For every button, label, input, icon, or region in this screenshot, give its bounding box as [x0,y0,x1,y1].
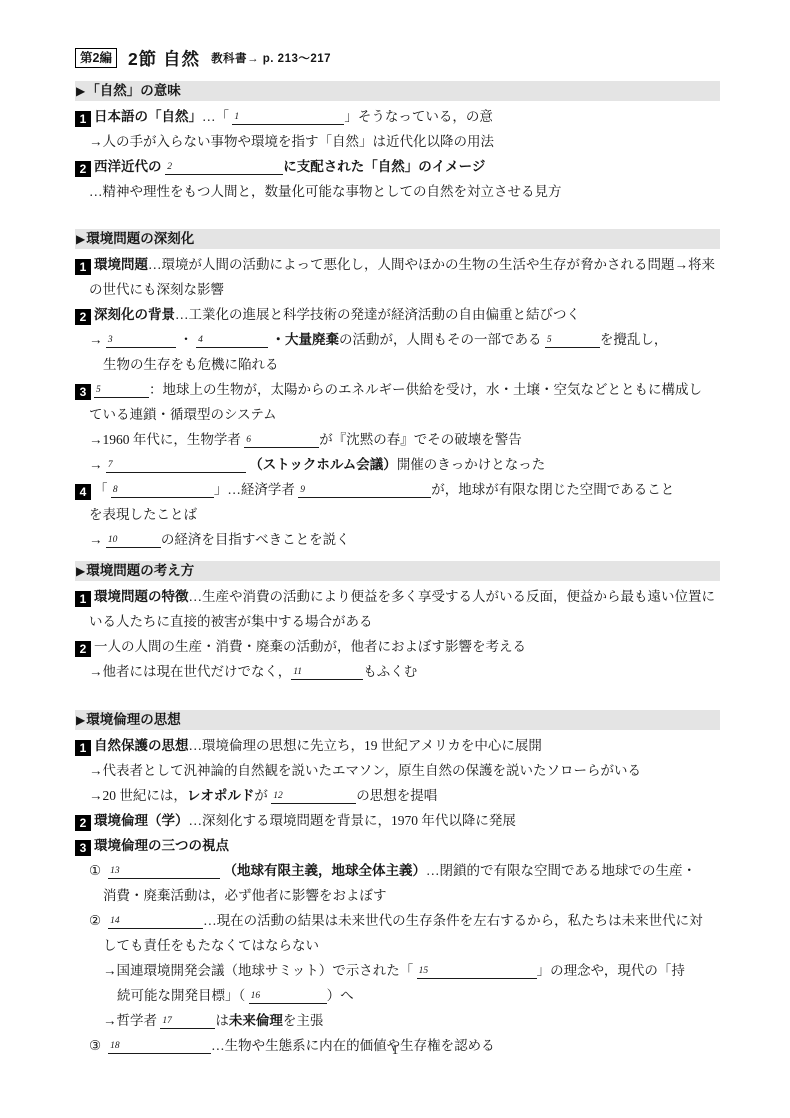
worksheet-line: 1日本語の「自然」…「 1」そうなっている，の意 [75,104,720,129]
blank-field: 12 [271,787,356,804]
worksheet-line: 35：地球上の生物が，太陽からのエネルギー供給を受け，水・土壌・空気などとともに… [75,377,720,402]
page-number: 1 [0,1042,790,1058]
blank-field: 9 [298,481,431,498]
page-title: 2節 自然 [128,46,200,71]
text-run: 環境倫理の三つの視点 [94,838,229,853]
text-run: を攪乱し， [600,332,668,347]
text-run: を主張 [283,1013,324,1028]
text-run: →1960 年代に，生物学者 [89,432,244,447]
text-run: もふくむ [363,664,417,679]
textbook-reference: 教科書→ p. 213～217 [211,50,331,66]
text-run: 日本語の「自然」 [94,109,202,124]
item-number-badge: 2 [75,309,91,325]
blank-number: 6 [246,435,251,445]
text-run: 消費・廃棄活動は，必ず他者に影響をおよぼす [103,888,387,903]
text-run: …環境が人間の活動によって悪化し，人間やほかの生物の生活や生存が脅かされる問題→… [148,257,715,272]
item-number-badge: 2 [75,815,91,831]
text-run: 環境問題 [94,257,148,272]
worksheet-line: 1環境問題…環境が人間の活動によって悪化し，人間やほかの生物の生活や生存が脅かさ… [75,252,720,277]
text-run: の活動が，人間もその一部である [339,332,545,347]
blank-field: 11 [291,663,363,680]
text-run: 開催のきっかけとなった [397,457,546,472]
blank-field: 1 [232,108,344,125]
blank-number: 4 [198,335,203,345]
worksheet-line: …精神や理性をもつ人間と，数量化可能な事物としての自然を対立させる見方 [75,179,720,204]
text-run: に支配された「自然」のイメージ [283,159,485,174]
blank-field: 6 [244,431,319,448]
text-run: が [254,788,271,803]
circled-number: ① [89,863,101,878]
edition-box: 第2編 [75,48,117,68]
worksheet-line: を表現したことば [75,502,720,527]
blank-field: 17 [160,1012,215,1029]
text-run: 続可能な開発目標」（ [117,988,249,1003]
item-number-badge: 4 [75,484,91,500]
blank-number: 5 [96,385,101,395]
item-number-badge: 2 [75,641,91,657]
section-heading-label: 環境問題の深刻化 [86,231,194,246]
blank-field: 2 [165,158,283,175]
worksheet-line: → 3 ・ 4 ・大量廃棄の活動が，人間もその一部である 5を攪乱し， [75,327,720,352]
text-run: …環境倫理の思想に先立ち，19 世紀アメリカを中心に展開 [189,738,542,753]
text-run: は [215,1013,229,1028]
text-run: を表現したことば [89,507,197,522]
section-heading-label: 環境問題の考え方 [86,563,194,578]
text-run: …「 [202,109,232,124]
text-run: 生物の生存をも危機に陥れる [103,357,279,372]
section: ▶環境倫理の思想1自然保護の思想…環境倫理の思想に先立ち，19 世紀アメリカを中… [75,710,720,1058]
blank-field: 13 [108,862,220,879]
blank-number: 12 [273,791,283,801]
text-run: 」の理念や，現代の「持 [537,963,685,978]
worksheet-line: 2深刻化の背景…工業化の進展と科学技術の発達が経済活動の自由偏重と結びつく [75,302,720,327]
text-run: →20 世紀には， [89,788,187,803]
text-run: →哲学者 [103,1013,160,1028]
blank-number: 11 [293,667,302,677]
text-run: 環境問題の特徴 [94,589,189,604]
section-heading: ▶「自然」の意味 [75,81,720,101]
item-number-badge: 3 [75,384,91,400]
worksheet-line: 1環境問題の特徴…生産や消費の活動により便益を多く享受する人がいる反面，便益から… [75,584,720,609]
text-run: 」…経済学者 [214,482,298,497]
section-heading: ▶環境問題の考え方 [75,561,720,581]
text-run: …深刻化する環境問題を背景に，1970 年代以降に発展 [189,813,516,828]
text-run: →国連環境開発会議（地球サミット）で示された「 [103,963,417,978]
blank-number: 14 [110,916,120,926]
text-run: → [89,332,106,347]
text-run: →人の手が入らない事物や環境を指す「自然」は近代化以降の用法 [89,134,494,149]
worksheet-line: 2環境倫理（学）…深刻化する環境問題を背景に，1970 年代以降に発展 [75,808,720,833]
text-run: ）へ [327,988,354,1003]
text-run: 西洋近代の [94,159,165,174]
blank-field: 10 [106,531,161,548]
text-run: →他者には現在世代だけでなく， [89,664,291,679]
text-run: …精神や理性をもつ人間と，数量化可能な事物としての自然を対立させる見方 [89,184,562,199]
section-heading: ▶環境問題の深刻化 [75,229,720,249]
text-run: →代表者として汎神論的自然観を説いたエマソン，原生自然の保護を説いたソローらがい… [89,763,641,778]
worksheet-line: 3環境倫理の三つの視点 [75,833,720,858]
text-run: いる人たちに直接的被害が集中する場合がある [89,614,373,629]
section: ▶「自然」の意味1日本語の「自然」…「 1」そうなっている，の意→人の手が入らな… [75,81,720,204]
blank-field: 15 [417,962,537,979]
worksheet-line: ②14…現在の活動の結果は未来世代の生存条件を左右するから，私たちは未来世代に対 [75,908,720,933]
blank-number: 2 [167,162,172,172]
worksheet-line: →哲学者 17は未来倫理を主張 [75,1008,720,1033]
worksheet-line: →20 世紀には，レオポルドが 12の思想を提唱 [75,783,720,808]
worksheet-line: 生物の生存をも危機に陥れる [75,352,720,377]
worksheet-line: →人の手が入らない事物や環境を指す「自然」は近代化以降の用法 [75,129,720,154]
text-run: レオポルド [187,788,255,803]
text-run: 自然保護の思想 [94,738,189,753]
text-run: の思想を提唱 [356,788,437,803]
worksheet-line: しても責任をもたなくてはならない [75,933,720,958]
worksheet-line: ①13 （地球有限主義，地球全体主義）…閉鎖的で有限な空間である地球での生産・ [75,858,720,883]
text-run: ・ [176,332,196,347]
blank-number: 9 [300,485,305,495]
item-number-badge: 1 [75,591,91,607]
section-marker-icon: ▶ [76,564,85,578]
blank-number: 15 [419,966,429,976]
text-run: …閉鎖的で有限な空間である地球での生産・ [426,863,696,878]
worksheet-line: →国連環境開発会議（地球サミット）で示された「 15」の理念や，現代の「持 [75,958,720,983]
text-run: が『沈黙の春』でその破壊を警告 [319,432,522,447]
item-number-badge: 1 [75,111,91,127]
text-run: が，地球が有限な閉じた空間であること [431,482,674,497]
blank-field: 7 [106,456,246,473]
blank-number: 16 [251,991,261,1001]
blank-field: 5 [545,331,600,348]
blank-field: 5 [94,381,149,398]
section-marker-icon: ▶ [76,713,85,727]
text-run: …生産や消費の活動により便益を多く享受する人がいる反面，便益から最も遠い位置に [189,589,716,604]
item-number-badge: 2 [75,161,91,177]
blank-number: 7 [108,460,113,470]
text-run: の世代にも深刻な影響 [89,282,224,297]
circled-number: ② [89,913,101,928]
worksheet-line: 1自然保護の思想…環境倫理の思想に先立ち，19 世紀アメリカを中心に展開 [75,733,720,758]
text-run: …工業化の進展と科学技術の発達が経済活動の自由偏重と結びつく [175,307,580,322]
blank-field: 14 [108,912,203,929]
blank-number: 10 [108,535,118,545]
worksheet-line: → 7 （ストックホルム会議）開催のきっかけとなった [75,452,720,477]
worksheet-line: 消費・廃棄活動は，必ず他者に影響をおよぼす [75,883,720,908]
text-run: （ストックホルム会議） [249,457,397,472]
item-number-badge: 1 [75,740,91,756]
blank-number: 13 [110,866,120,876]
worksheet-line: →代表者として汎神論的自然観を説いたエマソン，原生自然の保護を説いたソローらがい… [75,758,720,783]
text-run: 一人の人間の生産・消費・廃棄の活動が，他者におよぼす影響を考える [94,639,526,654]
text-run: 深刻化の背景 [94,307,175,322]
blank-number: 17 [162,1016,172,1026]
text-run: …現在の活動の結果は未来世代の生存条件を左右するから，私たちは未来世代に対 [203,913,703,928]
worksheet-line: 2一人の人間の生産・消費・廃棄の活動が，他者におよぼす影響を考える [75,634,720,659]
text-run: ている連鎖・循環型のシステム [89,407,277,422]
text-run: ・大量廃棄 [272,332,340,347]
worksheet-line: 4「 8」…経済学者 9が，地球が有限な閉じた空間であること [75,477,720,502]
blank-field: 3 [106,331,176,348]
section-heading-label: 「自然」の意味 [86,83,181,98]
blank-number: 1 [234,112,239,122]
worksheet-page: 第2編 2節 自然 教科書→ p. 213～217 ▶「自然」の意味1日本語の「… [0,0,790,1058]
blank-number: 8 [113,485,118,495]
section-heading-label: 環境倫理の思想 [86,712,181,727]
text-run: 未来倫理 [229,1013,283,1028]
text-run: の経済を目指すべきことを説く [161,532,350,547]
blank-field: 4 [196,331,268,348]
text-run: ：地球上の生物が，太陽からのエネルギー供給を受け，水・土壌・空気などとともに構成… [149,382,702,397]
worksheet-line: ている連鎖・循環型のシステム [75,402,720,427]
worksheet-line: →1960 年代に，生物学者 6が『沈黙の春』でその破壊を警告 [75,427,720,452]
worksheet-line: →他者には現在世代だけでなく，11もふくむ [75,659,720,684]
section: ▶環境問題の深刻化1環境問題…環境が人間の活動によって悪化し，人間やほかの生物の… [75,229,720,552]
text-run: → [89,532,106,547]
section-marker-icon: ▶ [76,84,85,98]
blank-number: 5 [547,335,552,345]
worksheet-line: の世代にも深刻な影響 [75,277,720,302]
section-heading: ▶環境倫理の思想 [75,710,720,730]
blank-number: 3 [108,335,113,345]
worksheet-line: 続可能な開発目標」（ 16）へ [75,983,720,1008]
section: ▶環境問題の考え方1環境問題の特徴…生産や消費の活動により便益を多く享受する人が… [75,561,720,684]
worksheet-line: → 10の経済を目指すべきことを説く [75,527,720,552]
text-run: → [89,457,106,472]
worksheet-body: ▶「自然」の意味1日本語の「自然」…「 1」そうなっている，の意→人の手が入らな… [75,81,720,1058]
document-header: 第2編 2節 自然 教科書→ p. 213～217 [75,46,720,70]
text-run: 環境倫理（学） [94,813,189,828]
item-number-badge: 3 [75,840,91,856]
worksheet-line: 2西洋近代の 2に支配された「自然」のイメージ [75,154,720,179]
blank-field: 16 [249,987,327,1004]
text-run: 」そうなっている，の意 [344,109,493,124]
item-number-badge: 1 [75,259,91,275]
section-marker-icon: ▶ [76,232,85,246]
text-run: 「 [94,482,111,497]
text-run: （地球有限主義，地球全体主義） [223,863,426,878]
worksheet-line: いる人たちに直接的被害が集中する場合がある [75,609,720,634]
blank-field: 8 [111,481,214,498]
text-run: しても責任をもたなくてはならない [103,938,319,953]
